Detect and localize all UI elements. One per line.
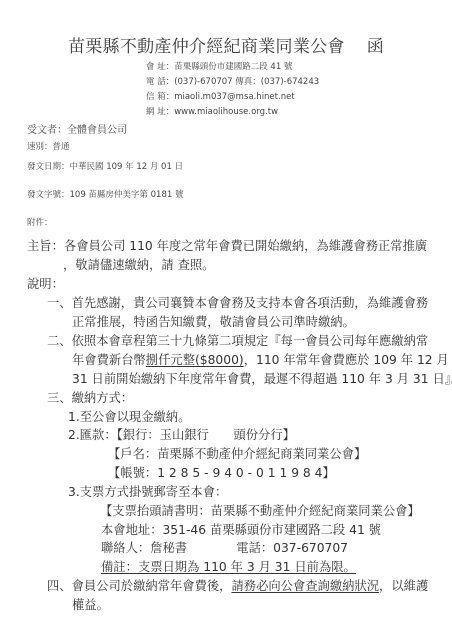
inquiry-notice: 請務必向公會查詢繳納狀況 [231,579,379,593]
subject-line-1: 主旨：各會員公司 110 年度之常年會費已開始繳納，為維護會務正常推廣 [27,236,427,254]
check-note: 備註：支票日期為 110 年 3 月 31 日前為限。 [101,557,356,575]
transfer-account-name: 【戶名：苗栗縣不動產仲介經紀商業同業公會】 [108,444,366,462]
item1-line-2: 正常推展，特函告知繳費，敬請會員公司準時繳納。 [72,312,355,330]
payment-method-transfer-bank: 2.匯款：【銀行：玉山銀行 頭份分行】 [68,425,295,443]
org-phone: 電 話：(037)-670707 傳真：(037)-674243 [146,75,319,87]
transfer-account-number: 【帳號：1 2 8 5 - 9 4 0 - 0 1 1 9 8 4】 [108,463,335,481]
fee-amount: 捌仟元整($8000) [146,353,244,367]
item2-line-3: 31 日前開始繳納下年度常年會費，最遲不得超過 110 年 3 月 31 日』。 [72,369,452,387]
item2-line-2: 年會費新台幣捌仟元整($8000)，110 年常年會費應於 109 年 12 月 [72,350,449,368]
explanation-heading: 說明： [27,274,64,292]
item4-line-2: 權益。 [72,595,109,613]
org-website: 網 址：www.miaolihouse.org.tw [146,105,278,117]
issue-date: 發文日期：中華民國 109 年 12 月 01 日 [27,160,183,172]
priority: 速別：普通 [27,140,70,152]
payment-method-cash: 1.至公會以現金繳納。 [68,407,190,425]
item1-line-1: 一、首先感謝，貴公司襄贊本會會務及支持本會各項活動，為維護會務 [47,293,428,311]
check-address: 本會地址：351-46 苗栗縣頭份市建國路二段 41 號 [101,520,381,538]
org-name: 苗栗縣不動產仲介經紀商業同業公會 [68,37,345,57]
doc-number: 發文字號：109 苗縣房仲美字第 0181 號 [27,188,183,200]
letterhead-title: 苗栗縣不動產仲介經紀商業同業公會函 [0,32,452,57]
doc-type: 函 [367,37,384,57]
item4-line-1: 四、會員公司於繳納常年會費後，請務必向公會查詢繳納狀況，以維護 [47,576,428,594]
item2-text: ，110 年常年會費應於 109 年 12 月 [244,353,449,367]
item4-text: 四、會員公司於繳納常年會費後， [47,579,231,593]
item2-text: 年會費新台幣 [72,353,146,367]
item3-heading: 三、繳納方式： [47,388,133,406]
check-contact: 聯絡人：詹秘書 電話：037-670707 [101,538,348,556]
check-payee: 【支票抬頭請書明：苗栗縣不動產仲介經紀商業同業公會】 [100,501,420,519]
recipient: 受文者：全體會員公司 [27,121,127,136]
org-address: 會 址：苗栗縣頭份市建國路二段 41 號 [146,60,292,72]
item2-line-1: 二、依照本會章程第三十九條第二項規定『每一會員公司每年應繳納常 [47,331,428,349]
payment-method-check: 3.支票方式掛號郵寄至本會： [68,482,227,500]
item4-text: ，以維護 [379,579,428,593]
subject-line-2: ，敬請儘速繳納，請 查照。 [63,255,214,273]
org-email: 信 箱：miaoli.m037@msa.hinet.net [146,90,295,102]
attachment: 附件： [27,216,53,228]
